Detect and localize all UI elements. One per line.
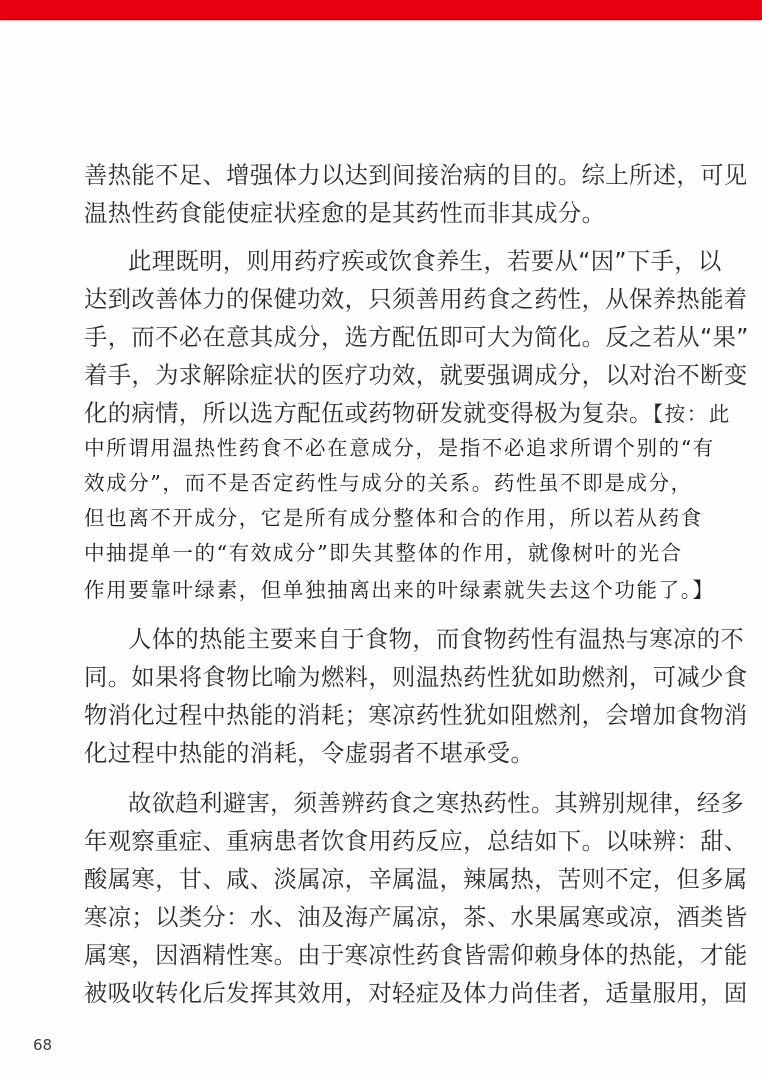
body-text-line: 此理既明，则用药疗疾或饮食养生，若要从“因”下手，以: [128, 247, 728, 277]
header-accent-bar: [0, 0, 762, 20]
editor-note-line: 中所谓用温热性药食不必在意成分，是指不必追求所谓个别的“有: [84, 434, 684, 462]
editor-note-line: 但也离不开成分，它是所有成分整体和合的作用，所以若从药食: [84, 504, 684, 532]
body-text-line: 化的病情，所以选方配伍或药物研发就变得极为复杂。【按：此: [84, 399, 684, 429]
editor-note-start: 【按：此: [653, 402, 731, 426]
body-text-line: 物消化过程中热能的消耗；寒凉药性犹如阻燃剂，会增加食物消: [84, 701, 684, 731]
body-text-line: 年观察重症、重病患者饮食用药反应，总结如下。以味辨：甜、: [84, 827, 684, 857]
page-number: 68: [33, 1036, 52, 1054]
body-text-line: 善热能不足、增强体力以达到间接治病的目的。综上所述，可见: [84, 161, 684, 191]
body-text-line: 人体的热能主要来自于食物，而食物药性有温热与寒凉的不: [128, 625, 728, 655]
body-text-line: 酸属寒，甘、咸、淡属凉，辛属温，辣属热，苦则不定，但多属: [84, 865, 684, 895]
editor-note-line: 中抽提单一的“有效成分”即失其整体的作用，就像树叶的光合: [84, 539, 684, 567]
body-text-line: 手，而不必在意其成分，选方配伍即可大为简化。反之若从“果”: [84, 323, 684, 353]
editor-note-line: 效成分”，而不是否定药性与成分的关系。药性虽不即是成分，: [84, 469, 684, 497]
body-text-line: 被吸收转化后发挥其效用，对轻症及体力尚佳者，适量服用，固: [84, 979, 684, 1009]
body-text-line: 达到改善体力的保健功效，只须善用药食之药性，从保养热能着: [84, 285, 684, 315]
body-text-line: 故欲趋利避害，须善辨药食之寒热药性。其辨别规律，经多: [128, 789, 728, 819]
body-text-line: 着手，为求解除症状的医疗功效，就要强调成分，以对治不断变: [84, 361, 684, 391]
editor-note-line: 作用要靠叶绿素，但单独抽离出来的叶绿素就失去这个功能了。】: [84, 576, 684, 604]
body-text-line: 属寒，因酒精性寒。由于寒凉性药食皆需仰赖身体的热能，才能: [84, 941, 684, 971]
body-text-line: 化过程中热能的消耗，令虚弱者不堪承受。: [84, 739, 684, 769]
body-text-line: 同。如果将食物比喻为燃料，则温热药性犹如助燃剂，可减少食: [84, 663, 684, 693]
body-text-segment: 化的病情，所以选方配伍或药物研发就变得极为复杂。: [84, 400, 653, 427]
body-text-line: 温热性药食能使症状痊愈的是其药性而非其成分。: [84, 199, 684, 229]
body-text-line: 寒凉；以类分：水、油及海产属凉，茶、水果属寒或凉，酒类皆: [84, 903, 684, 933]
